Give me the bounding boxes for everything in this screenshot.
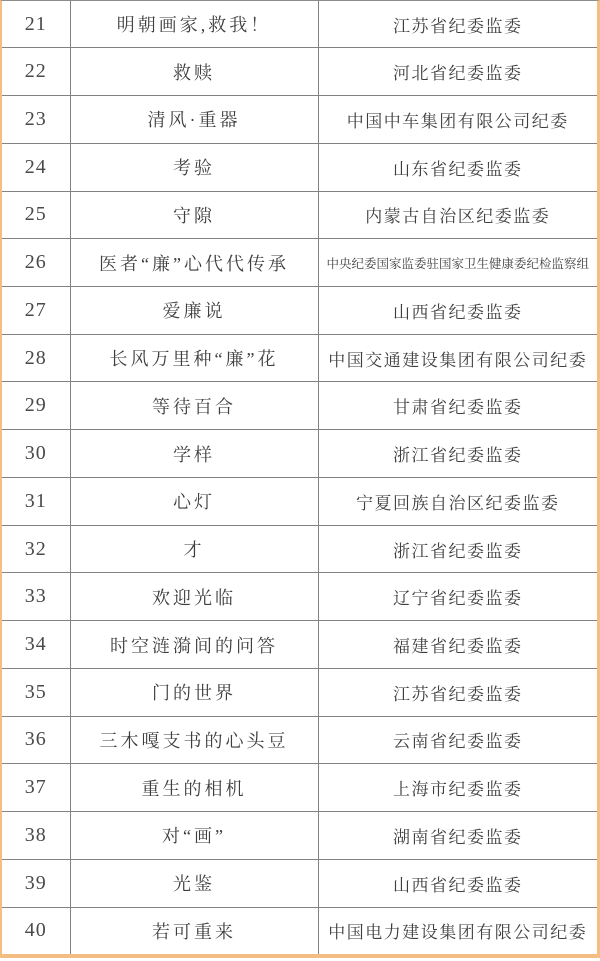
table-row: 39 光鉴 山西省纪委监委 xyxy=(2,859,597,907)
row-number-cell: 22 xyxy=(2,48,70,96)
title-cell: 对“画” xyxy=(70,812,318,860)
title-cell: 守隙 xyxy=(70,191,318,239)
table-row: 30 学样 浙江省纪委监委 xyxy=(2,430,597,478)
org-cell: 湖南省纪委监委 xyxy=(318,812,597,860)
row-number-cell: 24 xyxy=(2,143,70,191)
table-body: 21 明朝画家,救我！ 江苏省纪委监委 22 救赎 河北省纪委监委 23 清风·… xyxy=(2,1,597,954)
org-cell: 内蒙古自治区纪委监委 xyxy=(318,191,597,239)
row-number-cell: 32 xyxy=(2,525,70,573)
row-number-cell: 40 xyxy=(2,907,70,954)
org-cell: 中央纪委国家监委驻国家卫生健康委纪检监察组 xyxy=(318,239,597,287)
org-cell: 宁夏回族自治区纪委监委 xyxy=(318,477,597,525)
table-row: 27 爱廉说 山西省纪委监委 xyxy=(2,287,597,335)
row-number-cell: 21 xyxy=(2,1,70,48)
org-cell: 浙江省纪委监委 xyxy=(318,525,597,573)
title-cell: 重生的相机 xyxy=(70,764,318,812)
table-row: 21 明朝画家,救我！ 江苏省纪委监委 xyxy=(2,1,597,48)
title-cell: 门的世界 xyxy=(70,668,318,716)
row-number-cell: 39 xyxy=(2,859,70,907)
table-row: 36 三木嘎支书的心头豆 云南省纪委监委 xyxy=(2,716,597,764)
org-cell: 中国交通建设集团有限公司纪委 xyxy=(318,334,597,382)
table-row: 37 重生的相机 上海市纪委监委 xyxy=(2,764,597,812)
row-number-cell: 27 xyxy=(2,287,70,335)
org-cell: 江苏省纪委监委 xyxy=(318,1,597,48)
row-number-cell: 25 xyxy=(2,191,70,239)
row-number-cell: 23 xyxy=(2,96,70,144)
table-row: 33 欢迎光临 辽宁省纪委监委 xyxy=(2,573,597,621)
title-cell: 救赎 xyxy=(70,48,318,96)
org-cell: 山西省纪委监委 xyxy=(318,859,597,907)
org-cell: 山西省纪委监委 xyxy=(318,287,597,335)
title-cell: 明朝画家,救我！ xyxy=(70,1,318,48)
table-row: 28 长风万里种“廉”花 中国交通建设集团有限公司纪委 xyxy=(2,334,597,382)
row-number-cell: 34 xyxy=(2,621,70,669)
title-cell: 时空涟漪间的问答 xyxy=(70,621,318,669)
title-cell: 光鉴 xyxy=(70,859,318,907)
title-cell: 三木嘎支书的心头豆 xyxy=(70,716,318,764)
title-cell: 心灯 xyxy=(70,477,318,525)
table-row: 31 心灯 宁夏回族自治区纪委监委 xyxy=(2,477,597,525)
row-number-cell: 30 xyxy=(2,430,70,478)
table-row: 24 考验 山东省纪委监委 xyxy=(2,143,597,191)
table-row: 26 医者“廉”心代代传承 中央纪委国家监委驻国家卫生健康委纪检监察组 xyxy=(2,239,597,287)
org-cell: 浙江省纪委监委 xyxy=(318,430,597,478)
org-cell: 江苏省纪委监委 xyxy=(318,668,597,716)
table-row: 40 若可重来 中国电力建设集团有限公司纪委 xyxy=(2,907,597,954)
org-cell: 中国电力建设集团有限公司纪委 xyxy=(318,907,597,954)
table-row: 34 时空涟漪间的问答 福建省纪委监委 xyxy=(2,621,597,669)
org-cell: 云南省纪委监委 xyxy=(318,716,597,764)
org-cell: 甘肃省纪委监委 xyxy=(318,382,597,430)
table-row: 23 清风·重器 中国中车集团有限公司纪委 xyxy=(2,96,597,144)
title-cell: 长风万里种“廉”花 xyxy=(70,334,318,382)
org-cell: 中国中车集团有限公司纪委 xyxy=(318,96,597,144)
row-number-cell: 36 xyxy=(2,716,70,764)
row-number-cell: 37 xyxy=(2,764,70,812)
table-row: 32 才 浙江省纪委监委 xyxy=(2,525,597,573)
org-cell: 辽宁省纪委监委 xyxy=(318,573,597,621)
row-number-cell: 35 xyxy=(2,668,70,716)
title-cell: 才 xyxy=(70,525,318,573)
row-number-cell: 38 xyxy=(2,812,70,860)
title-cell: 学样 xyxy=(70,430,318,478)
title-cell: 若可重来 xyxy=(70,907,318,954)
row-number-cell: 33 xyxy=(2,573,70,621)
title-cell: 考验 xyxy=(70,143,318,191)
org-cell: 山东省纪委监委 xyxy=(318,143,597,191)
org-cell: 河北省纪委监委 xyxy=(318,48,597,96)
table-frame: 21 明朝画家,救我！ 江苏省纪委监委 22 救赎 河北省纪委监委 23 清风·… xyxy=(0,0,600,958)
table-row: 35 门的世界 江苏省纪委监委 xyxy=(2,668,597,716)
table-row: 25 守隙 内蒙古自治区纪委监委 xyxy=(2,191,597,239)
award-table: 21 明朝画家,救我！ 江苏省纪委监委 22 救赎 河北省纪委监委 23 清风·… xyxy=(2,1,597,954)
title-cell: 爱廉说 xyxy=(70,287,318,335)
row-number-cell: 29 xyxy=(2,382,70,430)
title-cell: 医者“廉”心代代传承 xyxy=(70,239,318,287)
title-cell: 等待百合 xyxy=(70,382,318,430)
table-row: 29 等待百合 甘肃省纪委监委 xyxy=(2,382,597,430)
title-cell: 欢迎光临 xyxy=(70,573,318,621)
table-row: 38 对“画” 湖南省纪委监委 xyxy=(2,812,597,860)
row-number-cell: 26 xyxy=(2,239,70,287)
org-cell: 福建省纪委监委 xyxy=(318,621,597,669)
title-cell: 清风·重器 xyxy=(70,96,318,144)
table-row: 22 救赎 河北省纪委监委 xyxy=(2,48,597,96)
row-number-cell: 28 xyxy=(2,334,70,382)
org-cell: 上海市纪委监委 xyxy=(318,764,597,812)
row-number-cell: 31 xyxy=(2,477,70,525)
